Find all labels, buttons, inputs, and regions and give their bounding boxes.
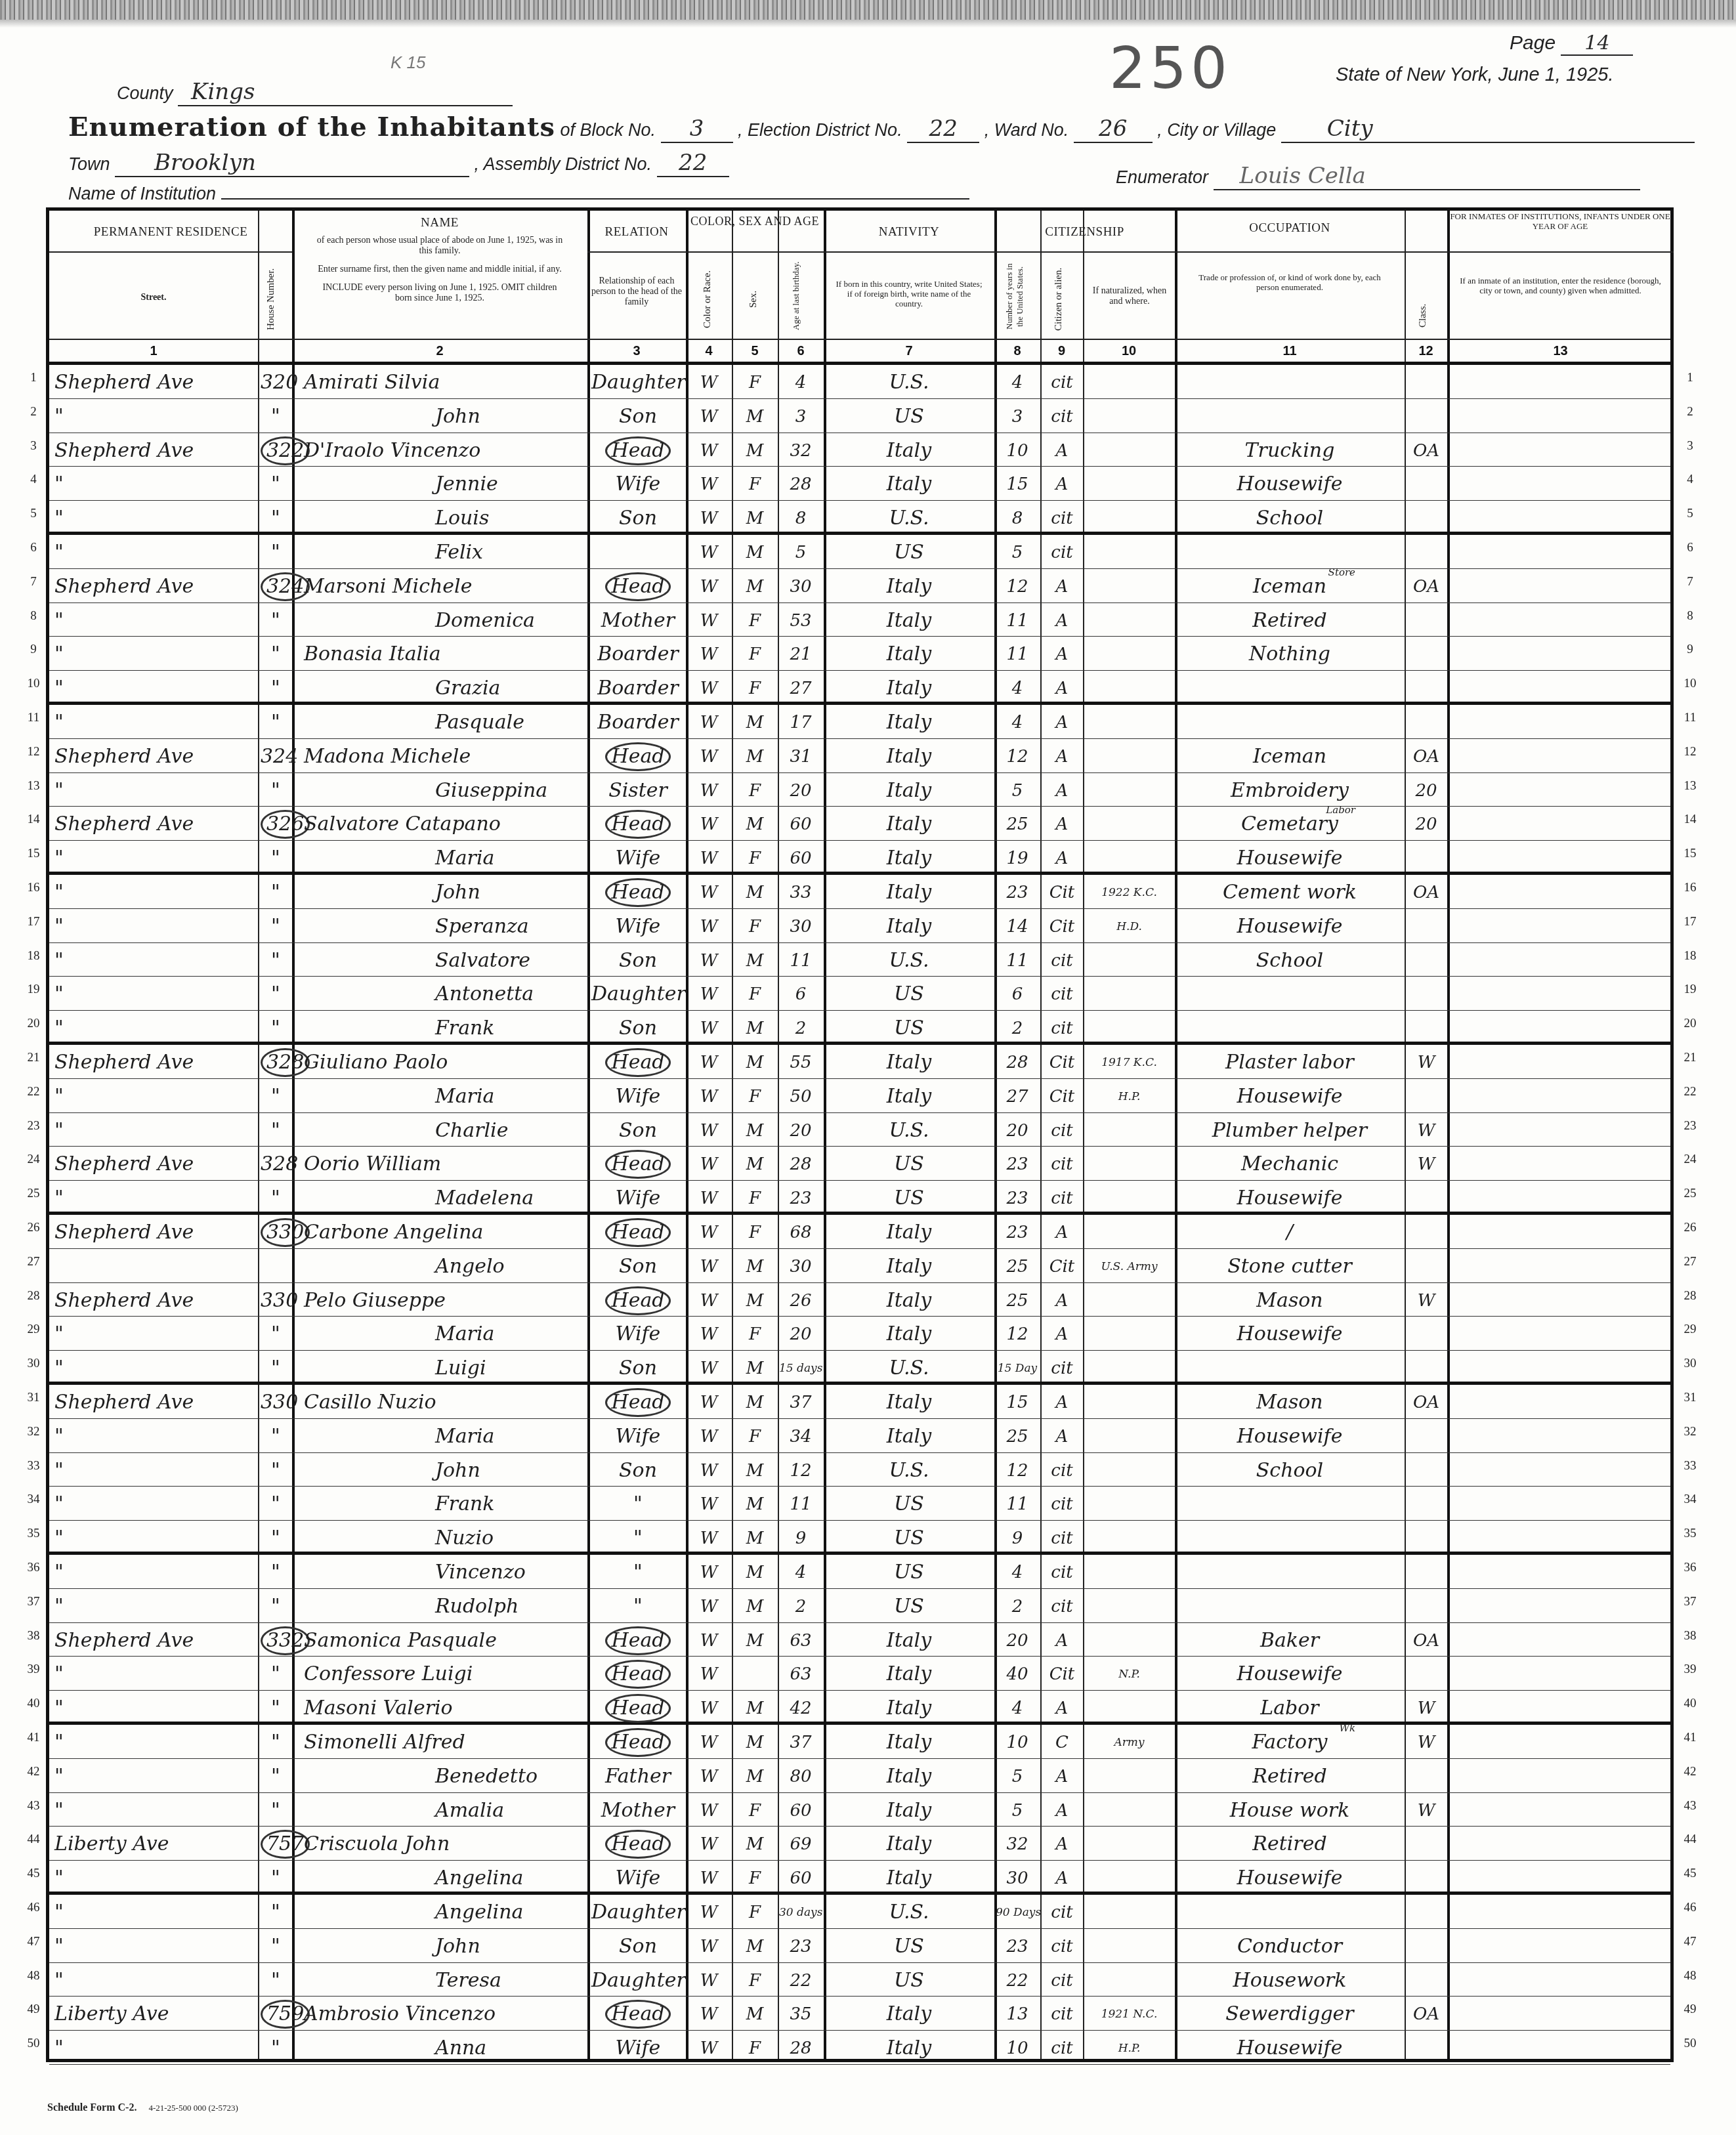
color-cell: W (687, 1592, 730, 1622)
nativity-cell: US (827, 1149, 991, 1179)
relation-cell: Mother (591, 1796, 685, 1826)
name-value: Amirati Silvia (304, 371, 440, 394)
table-row: ""SperanzaWifeWF30Italy14CitH.D.Housewif… (49, 909, 1670, 943)
column-number: 4 (686, 344, 732, 359)
left-row-number: 24 (24, 1152, 43, 1167)
name-cell: Bonasia Italia (297, 639, 593, 669)
citizen-value: cit (1051, 1121, 1072, 1141)
occupation-cell: Housewife (1178, 469, 1401, 499)
left-row-number: 25 (24, 1187, 43, 1201)
sex-cell: M (733, 1286, 776, 1316)
inmate-cell (1450, 1693, 1670, 1723)
naturalized-cell (1085, 1387, 1174, 1418)
age-value: 28 (790, 2039, 811, 2058)
age-cell: 2 (779, 1013, 822, 1044)
color-cell: W (687, 639, 730, 669)
age-cell: 20 (779, 1319, 822, 1349)
years-in-us-cell: 11 (996, 1489, 1039, 1519)
sex-value: M (746, 883, 764, 902)
occupation-cell (1178, 1353, 1401, 1384)
sex-cell: F (733, 912, 776, 942)
name-desc: Enter surname first, then the given name… (313, 264, 566, 275)
sex-value: M (746, 1733, 764, 1752)
relation-value: Wife (616, 473, 661, 496)
naturalized-cell (1085, 1762, 1174, 1792)
sex-cell: F (733, 1863, 776, 1893)
street-cell: " (54, 1557, 255, 1588)
street-cell: Liberty Ave (54, 1829, 255, 1859)
citizen-value: A (1056, 1223, 1069, 1242)
naturalized-cell (1085, 809, 1174, 839)
ward-value: 26 (1074, 116, 1153, 143)
street-value: " (54, 643, 64, 666)
color-cell: W (687, 912, 730, 942)
assembly-value: 22 (657, 150, 729, 177)
citizen-cell: cit (1042, 1966, 1082, 1996)
house-number-cell: " (261, 673, 291, 704)
house-number-value: " (271, 473, 280, 496)
nativity-cell: Italy (827, 469, 991, 499)
sex-cell: M (733, 1353, 776, 1384)
sex-value: M (746, 1053, 764, 1072)
nativity-value: Italy (887, 1085, 931, 1108)
class-cell: OA (1406, 1626, 1447, 1656)
color-cell: W (687, 1693, 730, 1723)
color-value: W (700, 2004, 718, 2024)
house-number-cell: " (261, 912, 291, 942)
citizen-value: C (1055, 1733, 1069, 1752)
years-in-us-value: 23 (1006, 1223, 1028, 1242)
house-number-value: " (271, 915, 280, 938)
name-value: Angelo (435, 1255, 505, 1278)
sex-cell: F (733, 776, 776, 806)
inmate-cell (1450, 1116, 1670, 1146)
years-in-us-cell: 15 (996, 1387, 1039, 1418)
age-cell: 37 (779, 1727, 822, 1758)
citizen-value: cit (1051, 984, 1072, 1004)
sex-value: M (746, 441, 764, 461)
relation-value: Wife (616, 915, 661, 938)
house-number-value: " (271, 949, 280, 972)
citizen-cell: cit (1042, 1557, 1082, 1588)
years-in-us-value: 5 (1012, 543, 1023, 562)
citizen-value: A (1056, 1631, 1069, 1651)
occupation-value: Housewife (1237, 1085, 1343, 1108)
name-cell: Carbone Angelina (297, 1217, 593, 1248)
inmate-cell (1450, 1387, 1670, 1418)
years-in-us-value: 20 (1006, 1121, 1028, 1141)
sex-cell: F (733, 1183, 776, 1214)
house-number-cell: 322 (261, 436, 291, 466)
age-cell: 4 (779, 1557, 822, 1588)
nativity-value: Italy (887, 2037, 931, 2060)
right-row-number: 43 (1680, 1799, 1700, 1813)
nativity-cell: Italy (827, 572, 991, 602)
citizen-value: Cit (1049, 1257, 1075, 1277)
class-value: W (1418, 1733, 1435, 1752)
house-number-cell: " (261, 1727, 291, 1758)
table-row: ""AntonettaDaughterWF6US6cit (49, 977, 1670, 1011)
nativity-cell: US (827, 1183, 991, 1214)
occupation-value: Housewife (1237, 1322, 1343, 1345)
inmate-cell (1450, 1286, 1670, 1316)
citizen-value: A (1056, 1699, 1069, 1718)
house-number-cell: 326 (261, 809, 291, 839)
nativity-cell: Italy (827, 2033, 991, 2063)
age-cell: 27 (779, 673, 822, 704)
sex-cell: M (733, 1999, 776, 2029)
sex-cell: F (733, 1966, 776, 1996)
naturalized-value: 1922 K.C. (1101, 886, 1157, 899)
relation-cell: Son (591, 1456, 685, 1486)
citizen-value: Cit (1049, 1664, 1075, 1684)
color-value: W (700, 849, 718, 868)
sex-value: M (746, 577, 764, 597)
right-row-number: 31 (1680, 1391, 1700, 1405)
color-header: Color or Race. (702, 263, 718, 335)
town-label: Town (68, 154, 110, 174)
occupation-cell: Retired (1178, 606, 1401, 636)
citizen-value: Cit (1049, 883, 1075, 902)
street-value: " (54, 1527, 64, 1550)
nativity-cell: US (827, 1592, 991, 1622)
left-row-number: 9 (24, 643, 43, 657)
street-cell: " (54, 469, 255, 499)
citizen-cell: A (1042, 1217, 1082, 1248)
inmate-cell (1450, 1456, 1670, 1486)
naturalized-cell: H.P. (1085, 1082, 1174, 1112)
nativity-cell: Italy (827, 673, 991, 704)
citizen-cell: A (1042, 708, 1082, 738)
right-row-number: 9 (1680, 643, 1700, 657)
name-value: John (435, 1935, 480, 1958)
years-in-us-value: 32 (1006, 1834, 1028, 1854)
relation-value: Head (605, 742, 670, 771)
inmate-cell (1450, 402, 1670, 432)
citizen-value: A (1056, 645, 1069, 664)
color-cell: W (687, 1082, 730, 1112)
class-header: Class. (1418, 296, 1433, 335)
sex-value: M (746, 1529, 764, 1548)
table-row: ""AnnaWifeWF28Italy10citH.P.Housewife (49, 2031, 1670, 2065)
sex-cell: M (733, 877, 776, 908)
age-cell: 80 (779, 1762, 822, 1792)
name-value: Domenica (435, 609, 535, 632)
relation-cell: Wife (591, 1319, 685, 1349)
color-cell: W (687, 1149, 730, 1179)
sex-value: M (746, 1154, 764, 1174)
citizen-value: cit (1051, 951, 1072, 971)
relation-value: Wife (616, 1867, 661, 1890)
inmates-desc: If an inmate of an institution, enter th… (1454, 276, 1667, 296)
right-row-number: 27 (1680, 1255, 1700, 1269)
occupation-cell: School (1178, 1456, 1401, 1486)
house-number-value: " (271, 779, 280, 802)
years-in-us-value: 14 (1006, 917, 1028, 937)
relation-cell: " (591, 1592, 685, 1622)
street-value: " (54, 1799, 64, 1822)
color-cell: W (687, 1999, 730, 2029)
house-number-cell: 320 (261, 368, 291, 398)
relation-value: Wife (616, 1187, 661, 1210)
relation-value: Son (619, 1017, 657, 1040)
years-in-us-value: 27 (1006, 1087, 1028, 1107)
years-in-us-value: 4 (1012, 373, 1023, 392)
years-in-us-value: 28 (1006, 1053, 1028, 1072)
table-row: ""GiuseppinaSisterWF20Italy5AEmbroidery2… (49, 773, 1670, 807)
column-number: 10 (1083, 344, 1175, 359)
nativity-cell: Italy (827, 1387, 991, 1418)
name-cell: D'Iraolo Vincenzo (297, 436, 593, 466)
sex-value: F (749, 1189, 761, 1208)
citizen-cell: Cit (1042, 1082, 1082, 1112)
street-cell: Shepherd Ave (54, 1047, 255, 1078)
right-row-number: 32 (1680, 1425, 1700, 1439)
right-row-number: 33 (1680, 1459, 1700, 1473)
sex-cell: M (733, 538, 776, 568)
relation-cell: Son (591, 1116, 685, 1146)
name-cell: Giuliano Paolo (297, 1047, 593, 1078)
county-label: County (117, 83, 173, 103)
street-value: " (54, 949, 64, 972)
inmate-cell (1450, 1183, 1670, 1214)
sex-value: M (746, 713, 764, 732)
naturalized-cell (1085, 1863, 1174, 1893)
class-cell (1406, 843, 1447, 874)
sex-cell: F (733, 1217, 776, 1248)
years-in-us-value: 10 (1006, 441, 1028, 461)
age-cell: 55 (779, 1047, 822, 1078)
relation-value: Head (605, 1626, 670, 1655)
street-value: " (54, 1085, 64, 1108)
occupation-cell: Housework (1178, 1966, 1401, 1996)
relation-value: Daughter (591, 1969, 686, 1992)
occupation-cell (1178, 1557, 1401, 1588)
right-row-number: 8 (1680, 609, 1700, 624)
nativity-cell: Italy (827, 1422, 991, 1452)
street-cell: Shepherd Ave (54, 1626, 255, 1656)
citizen-cell: cit (1042, 402, 1082, 432)
nativity-cell: Italy (827, 1762, 991, 1792)
class-cell: OA (1406, 742, 1447, 772)
name-value: Masoni Valerio (304, 1697, 453, 1720)
nativity-cell: Italy (827, 606, 991, 636)
table-row: ""AngelinaWifeWF60Italy30AHousewife (49, 1861, 1670, 1895)
years-in-us-cell: 25 (996, 1286, 1039, 1316)
citizen-value: cit (1051, 509, 1072, 528)
age-value: 21 (790, 645, 811, 664)
name-cell: Marsoni Michele (297, 572, 593, 602)
years-in-us-cell: 11 (996, 639, 1039, 669)
years-in-us-cell: 13 (996, 1999, 1039, 2029)
name-cell: Ambrosio Vincenzo (297, 1999, 593, 2029)
street-value: " (54, 473, 64, 496)
name-desc: of each person whose usual place of abod… (313, 236, 566, 257)
relation-cell: Head (591, 877, 685, 908)
citizen-cell: A (1042, 673, 1082, 704)
street-cell: " (54, 776, 255, 806)
naturalized-cell (1085, 1557, 1174, 1588)
inmate-cell (1450, 1217, 1670, 1248)
nativity-value: US (894, 1527, 924, 1550)
naturalized-cell (1085, 1796, 1174, 1826)
years-in-us-value: 23 (1006, 1937, 1028, 1956)
class-cell: W (1406, 1693, 1447, 1723)
age-cell: 30 days (779, 1897, 822, 1928)
age-value: 53 (790, 611, 811, 631)
citizen-cell: cit (1042, 1149, 1082, 1179)
color-value: W (700, 2039, 718, 2058)
column-number: 7 (824, 344, 994, 359)
sex-value: F (749, 1223, 761, 1242)
house-number-cell: " (261, 946, 291, 976)
age-cell: 60 (779, 1863, 822, 1893)
age-value: 28 (790, 1154, 811, 1174)
sex-cell: M (733, 946, 776, 976)
color-value: W (700, 781, 718, 801)
class-cell (1406, 673, 1447, 704)
city-label: , City or Village (1157, 120, 1276, 140)
street-cell: " (54, 2033, 255, 2063)
table-row: Shepherd Ave328Giuliano PaoloHeadWM55Ita… (49, 1045, 1670, 1079)
naturalized-cell (1085, 606, 1174, 636)
street-value: " (54, 609, 64, 632)
years-in-us-value: 8 (1012, 509, 1023, 528)
class-value: OA (1413, 441, 1439, 461)
street-cell: Shepherd Ave (54, 1387, 255, 1418)
age-cell: 23 (779, 1183, 822, 1214)
color-value: W (700, 883, 718, 902)
sex-value: F (749, 1869, 761, 1888)
street-cell: " (54, 1659, 255, 1689)
occupation-value: Housewife (1237, 915, 1343, 938)
nativity-value: U.S. (889, 949, 929, 972)
street-value: " (54, 2037, 64, 2060)
citizen-value: cit (1051, 373, 1072, 392)
street-cell (54, 1252, 255, 1282)
right-row-number: 18 (1680, 949, 1700, 963)
citizen-cell: cit (1042, 1897, 1082, 1928)
sex-cell: M (733, 1013, 776, 1044)
color-value: W (700, 1087, 718, 1107)
left-row-number: 44 (24, 1832, 43, 1847)
occupation-value: Cement work (1223, 881, 1357, 904)
class-cell (1406, 1829, 1447, 1859)
color-cell: W (687, 1659, 730, 1689)
street-cell: " (54, 708, 255, 738)
nativity-value: US (894, 983, 924, 1005)
color-value: W (700, 611, 718, 631)
occupation-cell: Housewife (1178, 1863, 1401, 1893)
years-in-us-value: 12 (1006, 1461, 1028, 1481)
class-cell: W (1406, 1047, 1447, 1078)
age-value: 23 (790, 1937, 811, 1956)
color-cell: W (687, 708, 730, 738)
house-number-value: 330 (261, 1289, 298, 1312)
state-date: State of New York, June 1, 1925. (1336, 64, 1613, 86)
occupation-value: Sewerdigger (1225, 2002, 1353, 2025)
citizen-cell: cit (1042, 1456, 1082, 1486)
name-value: Simonelli Alfred (304, 1731, 465, 1754)
left-row-number: 27 (24, 1255, 43, 1269)
sex-value: F (749, 2039, 761, 2058)
sex-cell: F (733, 2033, 776, 2063)
house-number-value: " (271, 1697, 280, 1720)
color-cell: W (687, 979, 730, 1009)
citizen-value: A (1056, 679, 1069, 698)
class-cell (1406, 946, 1447, 976)
citizen-cell: A (1042, 809, 1082, 839)
naturalized-cell (1085, 1897, 1174, 1928)
citizen-cell: cit (1042, 1353, 1082, 1384)
citizen-value: A (1056, 577, 1069, 597)
house-number-value: " (271, 1662, 280, 1685)
occupation-cell: House work (1178, 1796, 1401, 1826)
street-value: Shepherd Ave (54, 371, 194, 394)
citizen-cell: cit (1042, 1183, 1082, 1214)
naturalized-cell (1085, 503, 1174, 534)
inmates-header: FOR INMATES OF INSTITUTIONS, INFANTS UND… (1449, 212, 1672, 232)
age-value: 30 days (779, 1906, 822, 1919)
sex-value: F (749, 984, 761, 1004)
occupation-note: Wk (1339, 1723, 1355, 1733)
naturalized-cell (1085, 1523, 1174, 1554)
naturalized-cell (1085, 572, 1174, 602)
street-value: " (54, 915, 64, 938)
relation-cell: Daughter (591, 1966, 685, 1996)
citizen-value: cit (1051, 407, 1072, 427)
occupation-header: OCCUPATION (1175, 221, 1405, 236)
color-value: W (700, 814, 718, 834)
relation-cell: Son (591, 1013, 685, 1044)
relation-cell: Son (591, 402, 685, 432)
nativity-value: Italy (887, 915, 931, 938)
relation-cell: Son (591, 1353, 685, 1384)
relation-cell: Wife (591, 1863, 685, 1893)
age-value: 50 (790, 1087, 811, 1107)
occupation-value: Embroidery (1231, 779, 1349, 802)
house-number-value: " (271, 2037, 280, 2060)
occupation-cell: CemetaryLabor (1178, 809, 1401, 839)
house-number-cell: 332 (261, 1626, 291, 1656)
naturalized-cell (1085, 1626, 1174, 1656)
naturalized-cell: N.P. (1085, 1659, 1174, 1689)
class-cell: W (1406, 1727, 1447, 1758)
occupation-cell: Trucking (1178, 436, 1401, 466)
street-cell: Shepherd Ave (54, 572, 255, 602)
citizen-value: A (1056, 1427, 1069, 1447)
nativity-value: Italy (887, 1051, 931, 1074)
color-cell: W (687, 1966, 730, 1996)
age-cell: 11 (779, 946, 822, 976)
inmate-cell (1450, 1966, 1670, 1996)
nativity-cell: US (827, 1966, 991, 1996)
page-field: Page 14 (1510, 32, 1633, 56)
citizen-cell: A (1042, 1762, 1082, 1792)
table-row: ""Masoni ValerioHeadWM42Italy4ALaborW (49, 1691, 1670, 1725)
right-row-number: 5 (1680, 507, 1700, 521)
age-cell: 30 (779, 572, 822, 602)
years-in-us-cell: 8 (996, 503, 1039, 534)
name-desc: INCLUDE every person living on June 1, 1… (313, 283, 566, 304)
street-cell: Shepherd Ave (54, 436, 255, 466)
age-value: 34 (790, 1427, 811, 1447)
house-number-cell: " (261, 1659, 291, 1689)
occupation-value: / (1286, 1221, 1293, 1244)
age-cell: 8 (779, 503, 822, 534)
house-number-cell: 757 (261, 1829, 291, 1859)
naturalized-value: H.P. (1118, 1090, 1141, 1103)
